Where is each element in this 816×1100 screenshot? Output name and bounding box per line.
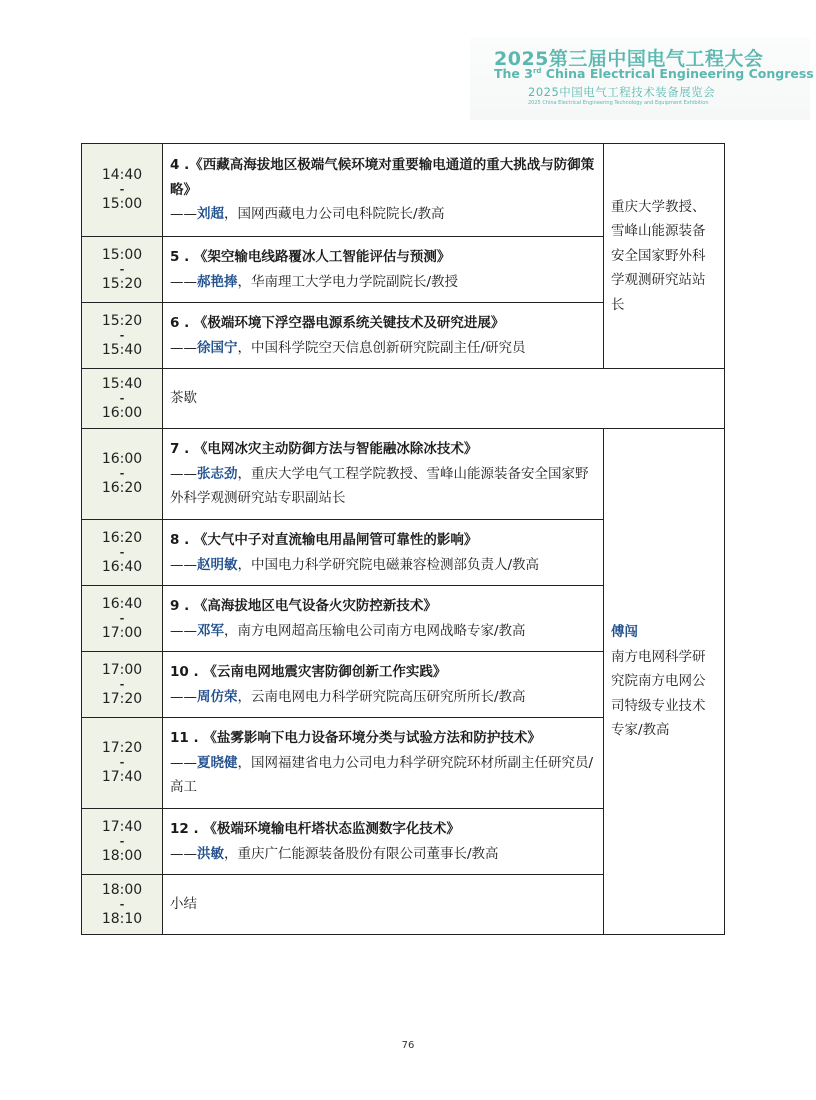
- speaker-affiliation: ，中国电力科学研究院电磁兼容检测部负责人/教高: [238, 557, 540, 573]
- time-slot: 15:00-15:20: [82, 237, 163, 303]
- time-slot: 16:20-16:40: [82, 520, 163, 586]
- dash-prefix: ——: [170, 206, 197, 222]
- dash-prefix: ——: [170, 689, 197, 705]
- speaker-affiliation: ，南方电网超高压输电公司南方电网战略专家/教高: [224, 623, 526, 639]
- end-time: 16:40: [82, 557, 162, 578]
- time-dash: -: [82, 759, 162, 767]
- agenda-row: 16:00-16:20 7 . 《电网冰灾主动防御方法与智能融冰除冰技术》 ——…: [82, 429, 725, 520]
- talk-cell: 6 . 《极端环境下浮空器电源系统关键技术及研究进展》 ——徐国宁，中国科学院空…: [163, 303, 604, 369]
- speaker-name: 郝艳捧: [197, 274, 238, 290]
- talk-title: 10 . 《云南电网地震灾害防御创新工作实践》: [170, 660, 596, 685]
- moderator-cell: 重庆大学教授、雪峰山能源装备安全国家野外科学观测研究站站长: [604, 144, 725, 369]
- break-label: 茶歇: [170, 386, 717, 411]
- talk-title: 6 . 《极端环境下浮空器电源系统关键技术及研究进展》: [170, 311, 596, 336]
- talk-cell: 12 . 《极端环境输电杆塔状态监测数字化技术》 ——洪敏，重庆广仁能源装备股份…: [163, 809, 604, 875]
- speaker-line: ——郝艳捧，华南理工大学电力学院副院长/教授: [170, 270, 596, 295]
- speaker-affiliation: ，国网西藏电力公司电科院院长/教高: [224, 206, 445, 222]
- end-time: 17:00: [82, 623, 162, 644]
- speaker-line: ——洪敏，重庆广仁能源装备股份有限公司董事长/教高: [170, 842, 596, 867]
- speaker-affiliation: ，华南理工大学电力学院副院长/教授: [238, 274, 459, 290]
- end-time: 18:00: [82, 846, 162, 867]
- time-dash: -: [82, 615, 162, 623]
- talk-title: 8 . 《大气中子对直流输电用晶闸管可靠性的影响》: [170, 528, 596, 553]
- time-dash: -: [82, 186, 162, 194]
- time-slot: 17:00-17:20: [82, 652, 163, 718]
- time-dash: -: [82, 332, 162, 340]
- time-slot: 16:40-17:00: [82, 586, 163, 652]
- dash-prefix: ——: [170, 755, 197, 771]
- time-dash: -: [82, 838, 162, 846]
- speaker-line: ——张志劲，重庆大学电气工程学院教授、雪峰山能源装备安全国家野外科学观测研究站专…: [170, 462, 596, 511]
- speaker-name: 徐国宁: [197, 340, 238, 356]
- talk-title: 7 . 《电网冰灾主动防御方法与智能融冰除冰技术》: [170, 437, 596, 462]
- logo-subtitle-en: 2025 China Electrical Engineering Techno…: [528, 100, 709, 106]
- speaker-name: 张志劲: [197, 466, 238, 482]
- time-slot: 15:20-15:40: [82, 303, 163, 369]
- end-time: 17:20: [82, 689, 162, 710]
- talk-title: 11 . 《盐雾影响下电力设备环境分类与试验方法和防护技术》: [170, 726, 596, 751]
- time-slot: 15:40-16:00: [82, 369, 163, 429]
- moderator-affiliation: 南方电网科学研究院南方电网公司特级专业技术专家/教高: [611, 645, 717, 743]
- dash-prefix: ——: [170, 623, 197, 639]
- speaker-name: 夏晓健: [197, 755, 238, 771]
- end-time: 16:20: [82, 478, 162, 499]
- talk-cell: 7 . 《电网冰灾主动防御方法与智能融冰除冰技术》 ——张志劲，重庆大学电气工程…: [163, 429, 604, 520]
- talk-cell: 8 . 《大气中子对直流输电用晶闸管可靠性的影响》 ——赵明敏，中国电力科学研究…: [163, 520, 604, 586]
- speaker-line: ——赵明敏，中国电力科学研究院电磁兼容检测部负责人/教高: [170, 553, 596, 578]
- talk-title: 5 . 《架空输电线路覆冰人工智能评估与预测》: [170, 245, 596, 270]
- agenda-row-break: 15:40-16:00 茶歇: [82, 369, 725, 429]
- time-slot: 14:40-15:00: [82, 144, 163, 237]
- talk-cell: 5 . 《架空输电线路覆冰人工智能评估与预测》 ——郝艳捧，华南理工大学电力学院…: [163, 237, 604, 303]
- speaker-name: 周仿荣: [197, 689, 238, 705]
- end-time: 16:00: [82, 403, 162, 424]
- dash-prefix: ——: [170, 340, 197, 356]
- summary-cell: 小结: [163, 875, 604, 935]
- talk-cell: 4 .《西藏高海拔地区极端气候环境对重要输电通道的重大挑战与防御策略》 ——刘超…: [163, 144, 604, 237]
- time-dash: -: [82, 681, 162, 689]
- moderator-affiliation: 重庆大学教授、雪峰山能源装备安全国家野外科学观测研究站站长: [611, 195, 717, 318]
- talk-cell: 10 . 《云南电网地震灾害防御创新工作实践》 ——周仿荣，云南电网电力科学研究…: [163, 652, 604, 718]
- talk-title: 4 .《西藏高海拔地区极端气候环境对重要输电通道的重大挑战与防御策略》: [170, 153, 596, 202]
- time-slot: 17:40-18:00: [82, 809, 163, 875]
- talk-title: 12 . 《极端环境输电杆塔状态监测数字化技术》: [170, 817, 596, 842]
- dash-prefix: ——: [170, 274, 197, 290]
- end-time: 15:40: [82, 340, 162, 361]
- time-dash: -: [82, 266, 162, 274]
- talk-cell: 9 . 《高海拔地区电气设备火灾防控新技术》 ——邓军，南方电网超高压输电公司南…: [163, 586, 604, 652]
- agenda-table: 14:40-15:00 4 .《西藏高海拔地区极端气候环境对重要输电通道的重大挑…: [81, 143, 725, 935]
- end-time: 18:10: [82, 909, 162, 930]
- speaker-line: ——夏晓健，国网福建省电力公司电力科学研究院环材所副主任研究员/高工: [170, 751, 596, 800]
- speaker-name: 赵明敏: [197, 557, 238, 573]
- end-time: 15:00: [82, 194, 162, 215]
- agenda-row: 14:40-15:00 4 .《西藏高海拔地区极端气候环境对重要输电通道的重大挑…: [82, 144, 725, 237]
- dash-prefix: ——: [170, 466, 197, 482]
- logo-subtitle-cn: 2025中国电气工程技术装备展览会: [528, 84, 715, 100]
- time-dash: -: [82, 549, 162, 557]
- time-dash: -: [82, 395, 162, 403]
- logo-title-en: The 3rd China Electrical Engineering Con…: [494, 66, 814, 81]
- speaker-line: ——徐国宁，中国科学院空天信息创新研究院副主任/研究员: [170, 336, 596, 361]
- end-time: 15:20: [82, 274, 162, 295]
- dash-prefix: ——: [170, 846, 197, 862]
- speaker-affiliation: ，重庆广仁能源装备股份有限公司董事长/教高: [224, 846, 499, 862]
- page-number: 76: [0, 1040, 816, 1051]
- break-cell: 茶歇: [163, 369, 725, 429]
- speaker-affiliation: ，中国科学院空天信息创新研究院副主任/研究员: [238, 340, 526, 356]
- time-slot: 17:20-17:40: [82, 718, 163, 809]
- moderator-cell: 傅闯 南方电网科学研究院南方电网公司特级专业技术专家/教高: [604, 429, 725, 935]
- speaker-name: 刘超: [197, 206, 224, 222]
- dash-prefix: ——: [170, 557, 197, 573]
- time-slot: 16:00-16:20: [82, 429, 163, 520]
- congress-logo: 2025第三届中国电气工程大会 The 3rd China Electrical…: [470, 38, 810, 120]
- time-dash: -: [82, 470, 162, 478]
- end-time: 17:40: [82, 767, 162, 788]
- logo-title-en-pre: The 3: [494, 66, 533, 81]
- summary-label: 小结: [170, 892, 596, 917]
- talk-title: 9 . 《高海拔地区电气设备火灾防控新技术》: [170, 594, 596, 619]
- time-dash: -: [82, 901, 162, 909]
- speaker-affiliation: ，云南电网电力科学研究院高压研究所所长/教高: [238, 689, 526, 705]
- speaker-line: ——邓军，南方电网超高压输电公司南方电网战略专家/教高: [170, 619, 596, 644]
- speaker-line: ——刘超，国网西藏电力公司电科院院长/教高: [170, 202, 596, 227]
- talk-cell: 11 . 《盐雾影响下电力设备环境分类与试验方法和防护技术》 ——夏晓健，国网福…: [163, 718, 604, 809]
- time-slot: 18:00-18:10: [82, 875, 163, 935]
- speaker-line: ——周仿荣，云南电网电力科学研究院高压研究所所长/教高: [170, 685, 596, 710]
- speaker-name: 邓军: [197, 623, 224, 639]
- moderator-name: 傅闯: [611, 620, 717, 645]
- speaker-name: 洪敏: [197, 846, 224, 862]
- logo-title-en-post: China Electrical Engineering Congress: [541, 66, 813, 81]
